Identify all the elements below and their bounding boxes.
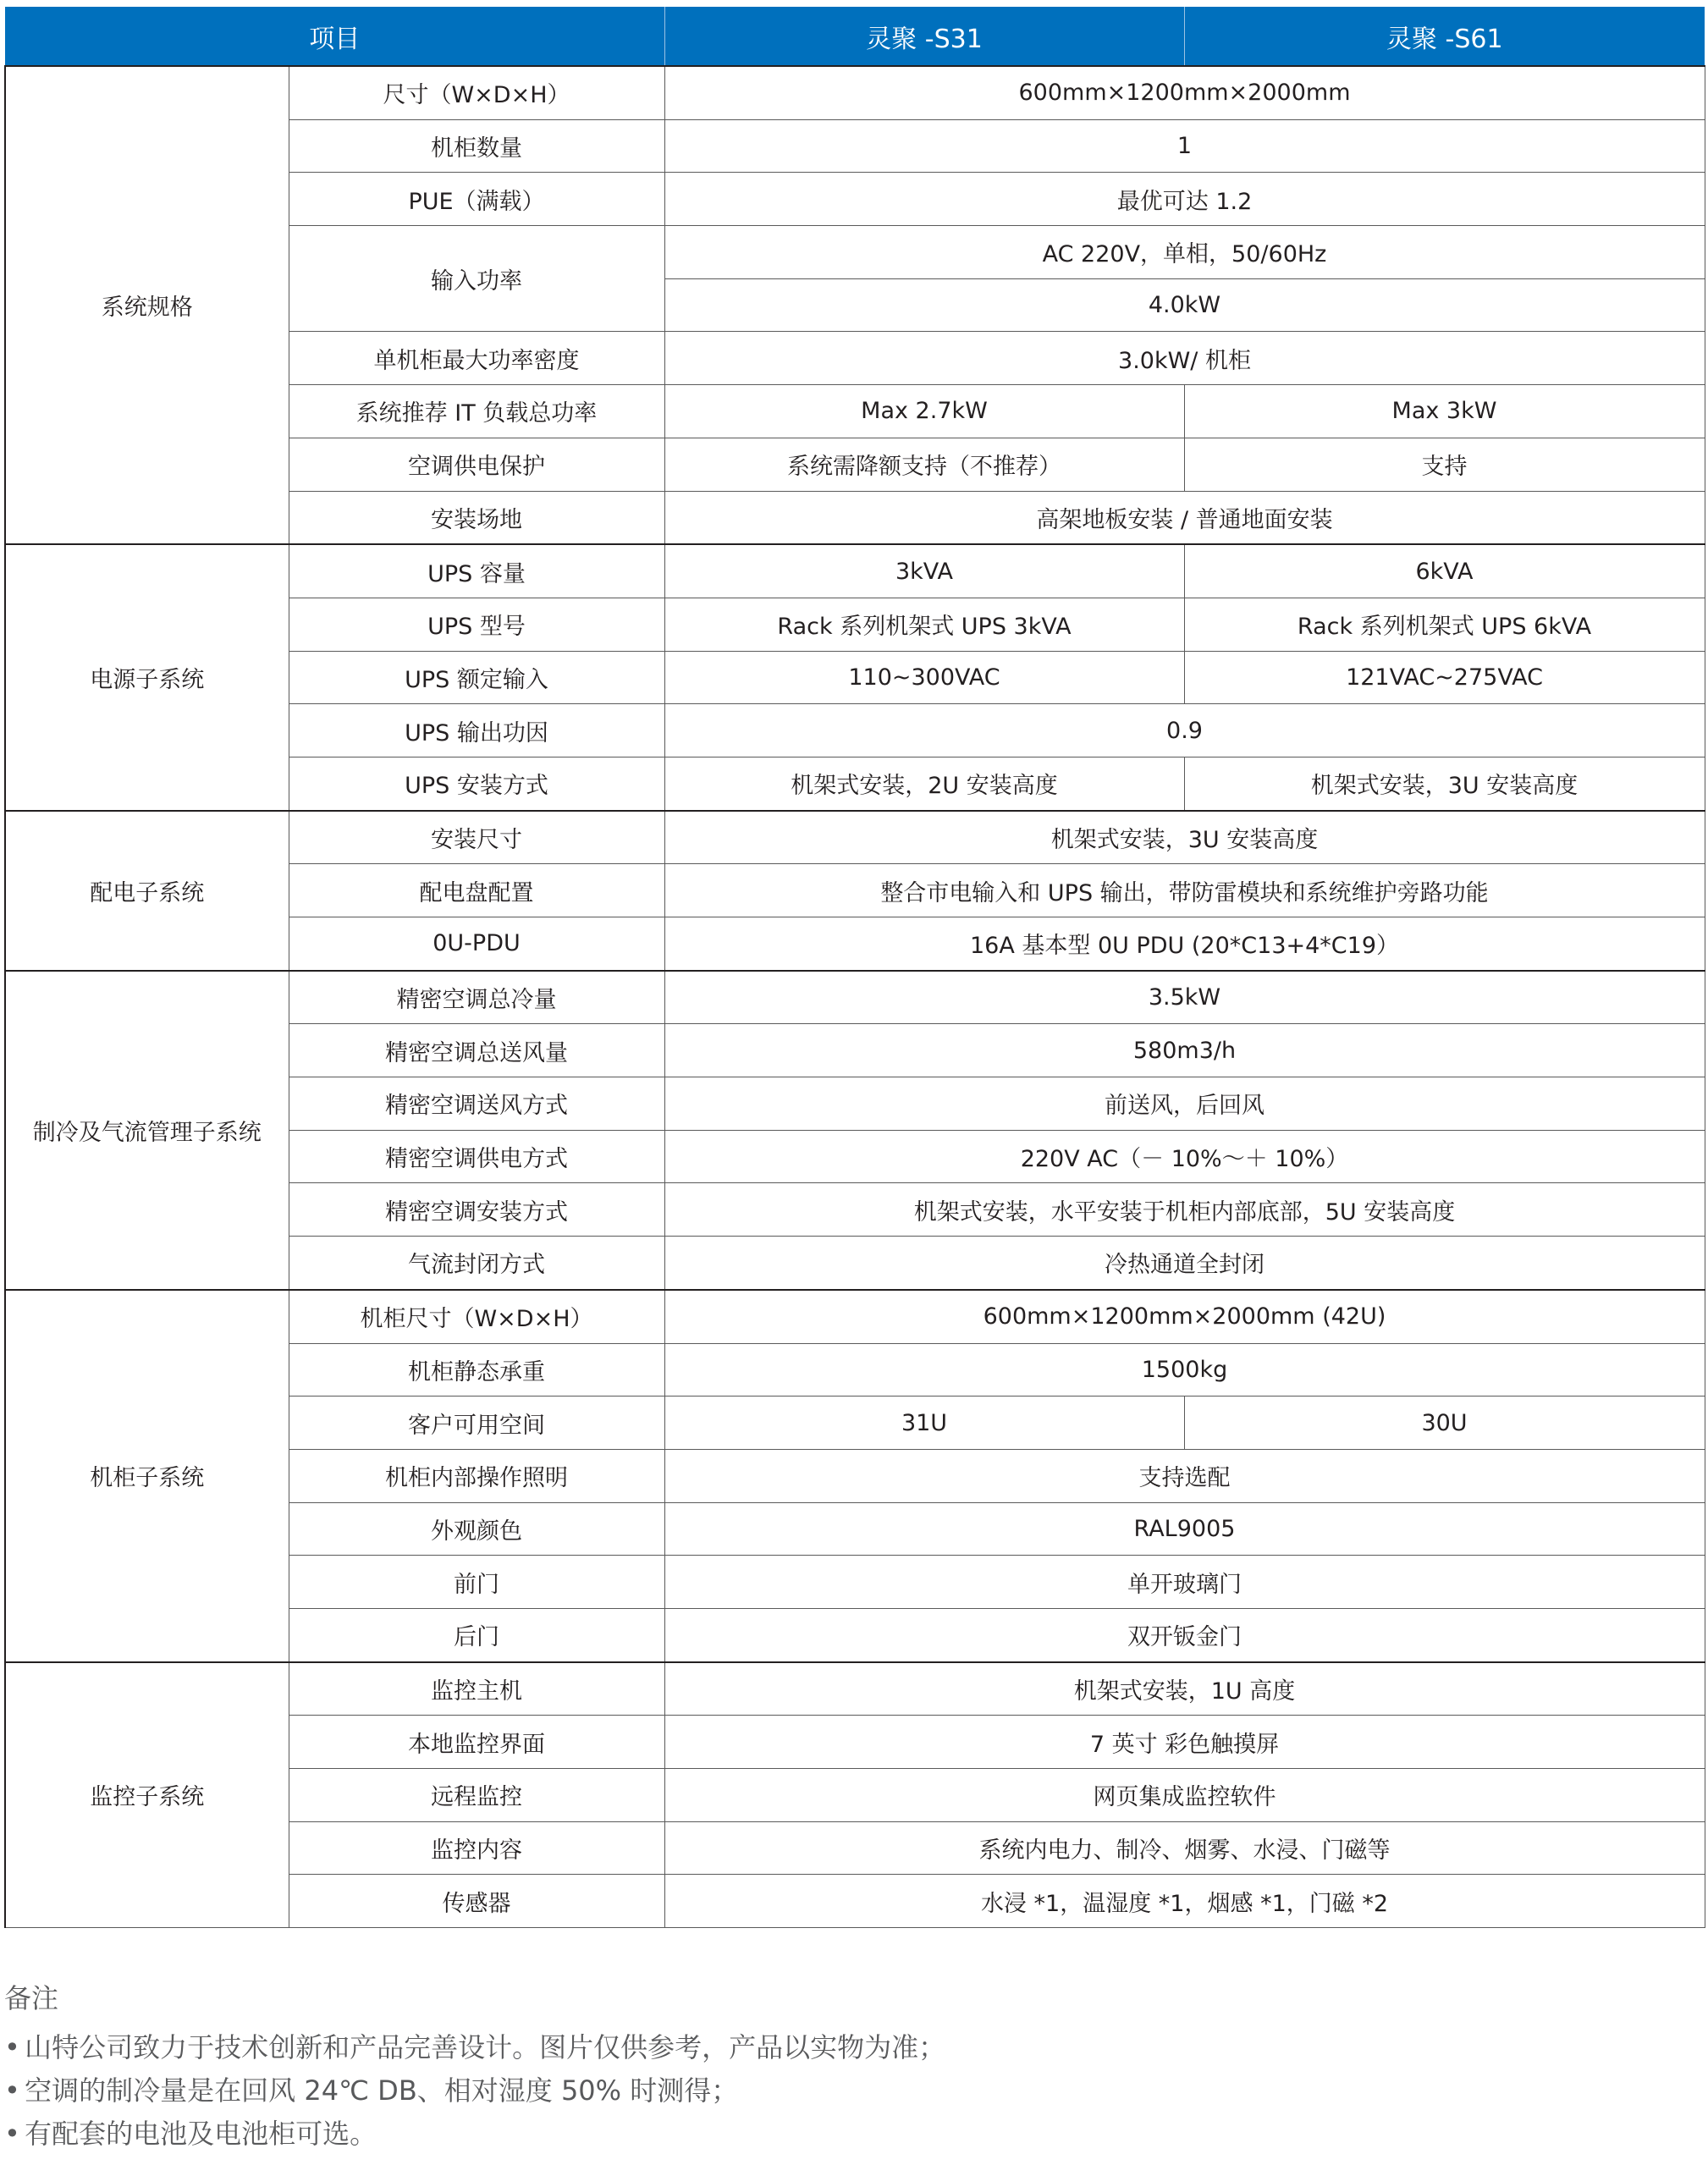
item-label-cell: PUE（满载） bbox=[289, 173, 664, 226]
value-cell: 0.9 bbox=[664, 704, 1705, 757]
value-cell-s61: 30U bbox=[1184, 1397, 1705, 1450]
item-label-cell: UPS 额定输入 bbox=[289, 651, 664, 704]
note-text: 有配套的电池及电池柜可选。 bbox=[25, 2118, 377, 2150]
value-cell: 1 bbox=[664, 119, 1705, 173]
value-cell: 3.0kW/ 机柜 bbox=[664, 332, 1705, 385]
value-cell: 220V AC（－ 10%～＋ 10%） bbox=[664, 1130, 1705, 1183]
value-cell-s31: 31U bbox=[664, 1397, 1184, 1450]
value-cell: 冷热通道全封闭 bbox=[664, 1237, 1705, 1290]
table-row: 监控子系统监控主机机架式安装，1U 高度 bbox=[5, 1662, 1705, 1716]
category-cell: 配电子系统 bbox=[5, 811, 289, 971]
value-cell: 前送风，后回风 bbox=[664, 1077, 1705, 1131]
value-cell: 7 英寸 彩色触摸屏 bbox=[664, 1716, 1705, 1769]
item-label-cell: 精密空调总送风量 bbox=[289, 1024, 664, 1077]
table-header-row: 项目 灵聚 -S31 灵聚 -S61 bbox=[5, 7, 1705, 66]
value-cell: 机架式安装，3U 安装高度 bbox=[664, 811, 1705, 864]
value-cell-s61: 6kVA bbox=[1184, 544, 1705, 598]
item-label-cell: 后门 bbox=[289, 1608, 664, 1661]
item-label-cell: 尺寸（W×D×H） bbox=[289, 66, 664, 119]
value-cell: 单开玻璃门 bbox=[664, 1556, 1705, 1609]
item-label-cell: 客户可用空间 bbox=[289, 1397, 664, 1450]
item-label-cell: 0U-PDU bbox=[289, 917, 664, 971]
value-cell: RAL9005 bbox=[664, 1502, 1705, 1556]
value-cell-s31: 110~300VAC bbox=[664, 651, 1184, 704]
table-row: 系统规格尺寸（W×D×H）600mm×1200mm×2000mm bbox=[5, 66, 1705, 119]
value-cell: 支持选配 bbox=[664, 1449, 1705, 1502]
item-label-cell: UPS 安装方式 bbox=[289, 757, 664, 810]
bullet-icon: • bbox=[4, 2113, 16, 2156]
value-cell: 3.5kW bbox=[664, 971, 1705, 1024]
value-cell: 600mm×1200mm×2000mm bbox=[664, 66, 1705, 119]
item-label-cell: 监控内容 bbox=[289, 1821, 664, 1875]
item-label-cell: 机柜静态承重 bbox=[289, 1343, 664, 1397]
item-label-cell: 机柜尺寸（W×D×H） bbox=[289, 1290, 664, 1343]
value-cell: 机架式安装，水平安装于机柜内部底部，5U 安装高度 bbox=[664, 1183, 1705, 1237]
value-cell: 最优可达 1.2 bbox=[664, 173, 1705, 226]
category-cell: 机柜子系统 bbox=[5, 1290, 289, 1662]
item-label-cell: 系统推荐 IT 负载总功率 bbox=[289, 385, 664, 438]
table-row: 制冷及气流管理子系统精密空调总冷量3.5kW bbox=[5, 971, 1705, 1024]
value-cell-s61: 支持 bbox=[1184, 438, 1705, 491]
value-cell-s61: 121VAC~275VAC bbox=[1184, 651, 1705, 704]
value-cell-s61: Rack 系列机架式 UPS 6kVA bbox=[1184, 598, 1705, 651]
value-cell: 1500kg bbox=[664, 1343, 1705, 1397]
notes-section: 备注 • 山特公司致力于技术创新和产品完善设计。图片仅供参考，产品以实物为准； … bbox=[4, 1977, 945, 2156]
item-label-cell: 配电盘配置 bbox=[289, 864, 664, 917]
value-cell-s31: 机架式安装，2U 安装高度 bbox=[664, 757, 1184, 810]
value-cell: 580m3/h bbox=[664, 1024, 1705, 1077]
item-label-cell: 单机柜最大功率密度 bbox=[289, 332, 664, 385]
note-item: • 山特公司致力于技术创新和产品完善设计。图片仅供参考，产品以实物为准； bbox=[4, 2026, 945, 2069]
item-label-cell: 输入功率 bbox=[289, 226, 664, 332]
value-cell: 高架地板安装 / 普通地面安装 bbox=[664, 491, 1705, 544]
value-cell-s61: 机架式安装，3U 安装高度 bbox=[1184, 757, 1705, 810]
value-cell: 600mm×1200mm×2000mm (42U) bbox=[664, 1290, 1705, 1343]
item-label-cell: 传感器 bbox=[289, 1875, 664, 1928]
category-cell: 监控子系统 bbox=[5, 1662, 289, 1928]
item-label-cell: 精密空调安装方式 bbox=[289, 1183, 664, 1237]
item-label-cell: 远程监控 bbox=[289, 1769, 664, 1822]
category-cell: 系统规格 bbox=[5, 66, 289, 544]
bullet-icon: • bbox=[4, 2069, 16, 2113]
item-label-cell: 机柜内部操作照明 bbox=[289, 1449, 664, 1502]
value-cell: 系统内电力、制冷、烟雾、水浸、门磁等 bbox=[664, 1821, 1705, 1875]
table-body: 系统规格尺寸（W×D×H）600mm×1200mm×2000mm机柜数量1PUE… bbox=[5, 66, 1705, 1928]
value-cell-s31: Rack 系列机架式 UPS 3kVA bbox=[664, 598, 1184, 651]
note-text: 空调的制冷量是在回风 24℃ DB、相对湿度 50% 时测得； bbox=[25, 2074, 738, 2107]
item-label-cell: 安装尺寸 bbox=[289, 811, 664, 864]
value-cell: 整合市电输入和 UPS 输出，带防雷模块和系统维护旁路功能 bbox=[664, 864, 1705, 917]
item-label-cell: 精密空调总冷量 bbox=[289, 971, 664, 1024]
value-cell: 机架式安装，1U 高度 bbox=[664, 1662, 1705, 1716]
value-cell: 双开钣金门 bbox=[664, 1608, 1705, 1661]
value-cell-s31: 3kVA bbox=[664, 544, 1184, 598]
bullet-icon: • bbox=[4, 2026, 16, 2069]
note-item: • 有配套的电池及电池柜可选。 bbox=[4, 2113, 945, 2156]
header-s61: 灵聚 -S61 bbox=[1184, 7, 1705, 66]
note-item: • 空调的制冷量是在回风 24℃ DB、相对湿度 50% 时测得； bbox=[4, 2069, 945, 2113]
header-s31: 灵聚 -S31 bbox=[664, 7, 1184, 66]
note-text: 山特公司致力于技术创新和产品完善设计。图片仅供参考，产品以实物为准； bbox=[25, 2031, 945, 2063]
item-label-cell: 前门 bbox=[289, 1556, 664, 1609]
category-cell: 制冷及气流管理子系统 bbox=[5, 971, 289, 1290]
table-row: 配电子系统安装尺寸机架式安装，3U 安装高度 bbox=[5, 811, 1705, 864]
value-cell: 网页集成监控软件 bbox=[664, 1769, 1705, 1822]
item-label-cell: 精密空调送风方式 bbox=[289, 1077, 664, 1131]
table-row: 机柜子系统机柜尺寸（W×D×H）600mm×1200mm×2000mm (42U… bbox=[5, 1290, 1705, 1343]
spec-table: 项目 灵聚 -S31 灵聚 -S61 系统规格尺寸（W×D×H）600mm×12… bbox=[4, 7, 1705, 1928]
value-cell: 水浸 *1，温湿度 *1，烟感 *1，门磁 *2 bbox=[664, 1875, 1705, 1928]
item-label-cell: 精密空调供电方式 bbox=[289, 1130, 664, 1183]
value-cell-s31: Max 2.7kW bbox=[664, 385, 1184, 438]
table-row: 电源子系统UPS 容量3kVA6kVA bbox=[5, 544, 1705, 598]
value-cell: 4.0kW bbox=[664, 278, 1705, 332]
item-label-cell: 本地监控界面 bbox=[289, 1716, 664, 1769]
category-cell: 电源子系统 bbox=[5, 544, 289, 810]
notes-title: 备注 bbox=[4, 1977, 945, 2016]
value-cell: 16A 基本型 0U PDU (20*C13+4*C19） bbox=[664, 917, 1705, 971]
header-item: 项目 bbox=[5, 7, 664, 66]
item-label-cell: 气流封闭方式 bbox=[289, 1237, 664, 1290]
item-label-cell: UPS 型号 bbox=[289, 598, 664, 651]
item-label-cell: 外观颜色 bbox=[289, 1502, 664, 1556]
item-label-cell: 机柜数量 bbox=[289, 119, 664, 173]
value-cell-s31: 系统需降额支持（不推荐） bbox=[664, 438, 1184, 491]
value-cell: AC 220V，单相，50/60Hz bbox=[664, 226, 1705, 279]
item-label-cell: UPS 容量 bbox=[289, 544, 664, 598]
item-label-cell: UPS 输出功因 bbox=[289, 704, 664, 757]
item-label-cell: 空调供电保护 bbox=[289, 438, 664, 491]
item-label-cell: 安装场地 bbox=[289, 491, 664, 544]
value-cell-s61: Max 3kW bbox=[1184, 385, 1705, 438]
item-label-cell: 监控主机 bbox=[289, 1662, 664, 1716]
